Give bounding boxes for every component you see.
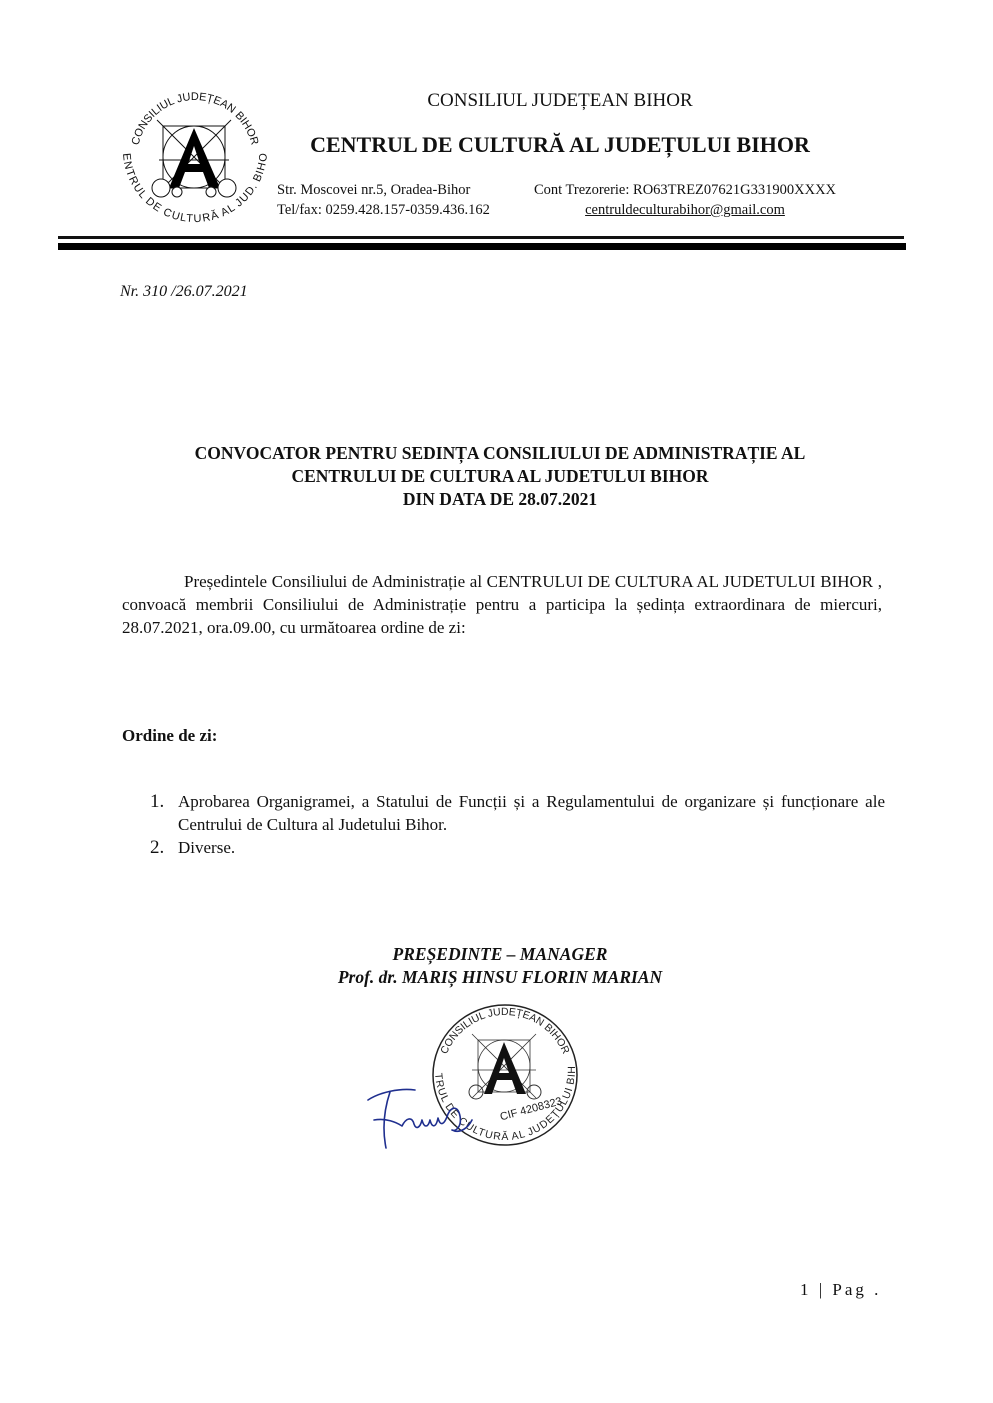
agenda-item-text: Aprobarea Organigramei, a Statului de Fu…	[178, 790, 885, 836]
handwritten-signature-icon	[360, 1070, 520, 1160]
organization-name: CENTRUL DE CULTURĂ AL JUDEȚULUI BIHOR	[270, 132, 850, 158]
svg-text:CENTRUL DE CULTURĂ AL JUD. BIH: CENTRUL DE CULTURĂ AL JUD. BIHOR	[115, 89, 270, 225]
organization-parent: CONSILIUL JUDEȚEAN BIHOR	[270, 90, 850, 112]
page-number: 1 | Pag .	[800, 1280, 881, 1300]
document-title: CONVOCATOR PENTRU SEDINȚA CONSILIULUI DE…	[120, 442, 880, 511]
body-paragraph-text: Președintele Consiliului de Administrați…	[122, 572, 882, 637]
institution-logo-icon: CONSILIUL JUDEȚEAN BIHOR CENTRUL DE CULT…	[115, 88, 275, 228]
account-block: Cont Trezorerie: RO63TREZ07621G331900XXX…	[520, 180, 850, 220]
agenda-heading: Ordine de zi:	[122, 726, 217, 746]
agenda-item: 1. Aprobarea Organigramei, a Statului de…	[150, 790, 885, 836]
title-line: CONVOCATOR PENTRU SEDINȚA CONSILIULUI DE…	[120, 442, 880, 465]
signatory-name: Prof. dr. MARIȘ HINSU FLORIN MARIAN	[300, 967, 700, 988]
email-link[interactable]: centruldeculturabihor@gmail.com	[520, 200, 850, 220]
address: Str. Moscovei nr.5, Oradea-Bihor	[277, 180, 490, 200]
title-line: CENTRULUI DE CULTURA AL JUDETULUI BIHOR	[120, 465, 880, 488]
contact-address-block: Str. Moscovei nr.5, Oradea-Bihor Tel/fax…	[277, 180, 490, 220]
agenda-item: 2. Diverse.	[150, 836, 885, 859]
agenda-list: 1. Aprobarea Organigramei, a Statului de…	[150, 790, 885, 859]
logo-bottom-text: CENTRUL DE CULTURĂ AL JUD. BIHOR	[115, 89, 270, 225]
phone: Tel/fax: 0259.428.157-0359.436.162	[277, 200, 490, 220]
header-rule-thin	[58, 236, 904, 239]
treasury-account: Cont Trezorerie: RO63TREZ07621G331900XXX…	[520, 180, 850, 200]
title-line: DIN DATA DE 28.07.2021	[120, 488, 880, 511]
agenda-item-number: 2.	[150, 836, 178, 859]
body-paragraph: Președintele Consiliului de Administrați…	[122, 570, 882, 639]
agenda-item-number: 1.	[150, 790, 178, 836]
agenda-item-text: Diverse.	[178, 836, 885, 859]
signatory-role: PREȘEDINTE – MANAGER	[300, 944, 700, 965]
registration-number: Nr. 310 /26.07.2021	[120, 283, 248, 301]
header-rule-thick	[58, 243, 906, 250]
